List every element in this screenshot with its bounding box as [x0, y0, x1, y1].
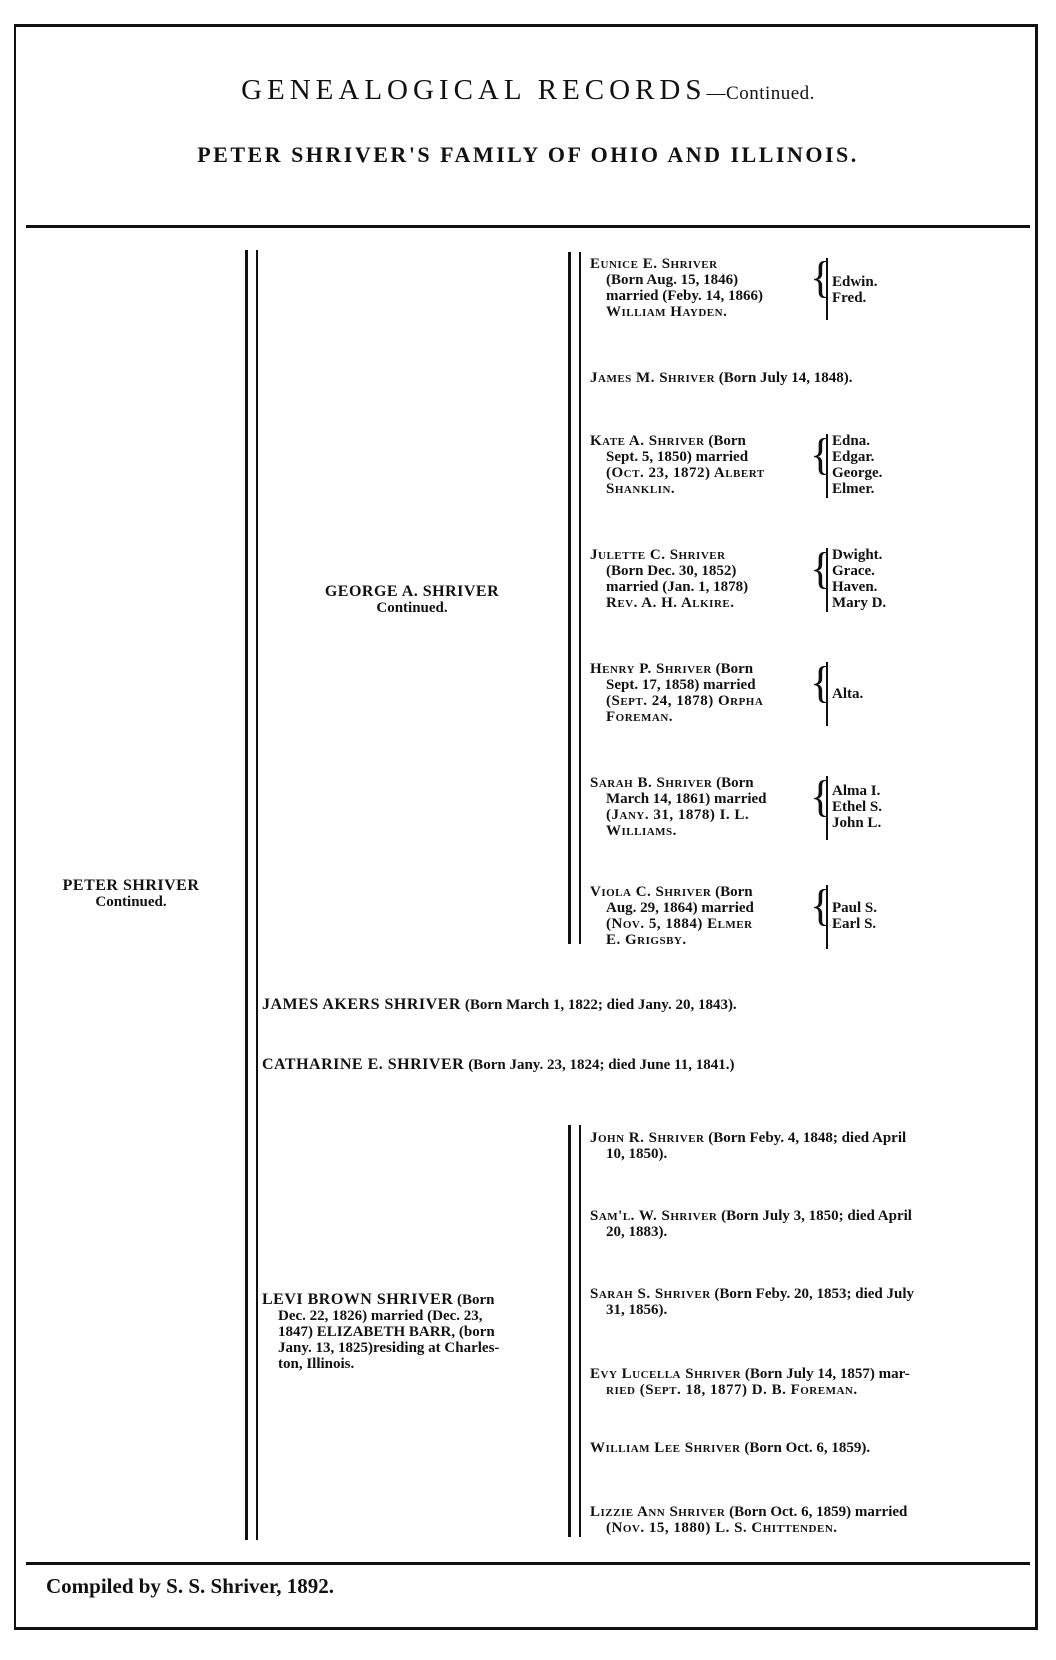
george-child-4: Henry P. Shriver (Born Sept. 17, 1858) m… [590, 661, 812, 725]
title-suffix: —Continued. [707, 83, 815, 104]
grandchildren-list: Paul S. Earl S. [832, 900, 877, 932]
root-brace-inner [256, 250, 258, 1540]
title-main: GENEALOGICAL RECORDS [241, 74, 706, 106]
george-child-3: Julette C. Shriver (Born Dec. 30, 1852) … [590, 547, 812, 611]
levi-child-0: John R. Shriver (Born Feby. 4, 1848; die… [590, 1130, 1030, 1162]
footer-credit: Compiled by S. S. Shriver, 1892. [46, 1574, 334, 1599]
page-title: GENEALOGICAL RECORDS—Continued. [0, 74, 1056, 107]
header-divider [26, 225, 1030, 228]
grandchildren-list: Edwin. Fred. [832, 274, 877, 306]
levi-child-1: Sam'l. W. Shriver (Born July 3, 1850; di… [590, 1208, 1030, 1240]
footer-divider [26, 1562, 1030, 1565]
levi-entry: LEVI BROWN SHRIVER (Born Dec. 22, 1826) … [262, 1292, 562, 1372]
george-child-2: Kate A. Shriver (Born Sept. 5, 1850) mar… [590, 433, 812, 497]
grandchildren-bar [826, 258, 828, 320]
grandchildren-bar [826, 434, 828, 498]
george-note: Continued. [262, 600, 562, 616]
root-note: Continued. [26, 894, 236, 910]
george-brace-inner [579, 252, 581, 944]
root-label: PETER SHRIVER Continued. [26, 878, 236, 910]
grandchildren-bar [826, 662, 828, 726]
grandchildren-bar [826, 548, 828, 612]
grandchildren-bar [826, 776, 828, 840]
levi-brace-outer [568, 1125, 571, 1537]
sibling-james-akers: JAMES AKERS SHRIVER (Born March 1, 1822;… [262, 996, 737, 1014]
levi-child-5: Lizzie Ann Shriver (Born Oct. 6, 1859) m… [590, 1504, 1030, 1536]
root-brace-outer [245, 250, 248, 1540]
page-subtitle: PETER SHRIVER'S FAMILY OF OHIO AND ILLIN… [0, 142, 1056, 168]
george-name: GEORGE A. SHRIVER [262, 584, 562, 600]
george-brace-outer [568, 252, 571, 944]
levi-child-2: Sarah S. Shriver (Born Feby. 20, 1853; d… [590, 1286, 1030, 1318]
george-child-0: Eunice E. Shriver (Born Aug. 15, 1846) m… [590, 256, 812, 320]
george-child-6: Viola C. Shriver (Born Aug. 29, 1864) ma… [590, 884, 812, 948]
grandchildren-list: Alta. [832, 686, 863, 702]
george-child-1: James M. Shriver (Born July 14, 1848). [590, 370, 1010, 386]
levi-child-3: Evy Lucella Shriver (Born July 14, 1857)… [590, 1366, 1030, 1398]
levi-brace-inner [579, 1125, 581, 1537]
levi-child-4: William Lee Shriver (Born Oct. 6, 1859). [590, 1440, 1030, 1456]
root-name: PETER SHRIVER [26, 878, 236, 894]
grandchildren-list: Alma I. Ethel S. John L. [832, 783, 882, 831]
grandchildren-list: Dwight. Grace. Haven. Mary D. [832, 547, 886, 611]
george-label: GEORGE A. SHRIVER Continued. [262, 584, 562, 616]
grandchildren-bar [826, 885, 828, 949]
george-child-5: Sarah B. Shriver (Born March 14, 1861) m… [590, 775, 812, 839]
grandchildren-list: Edna. Edgar. George. Elmer. [832, 433, 882, 497]
sibling-catharine: CATHARINE E. SHRIVER (Born Jany. 23, 182… [262, 1056, 734, 1074]
